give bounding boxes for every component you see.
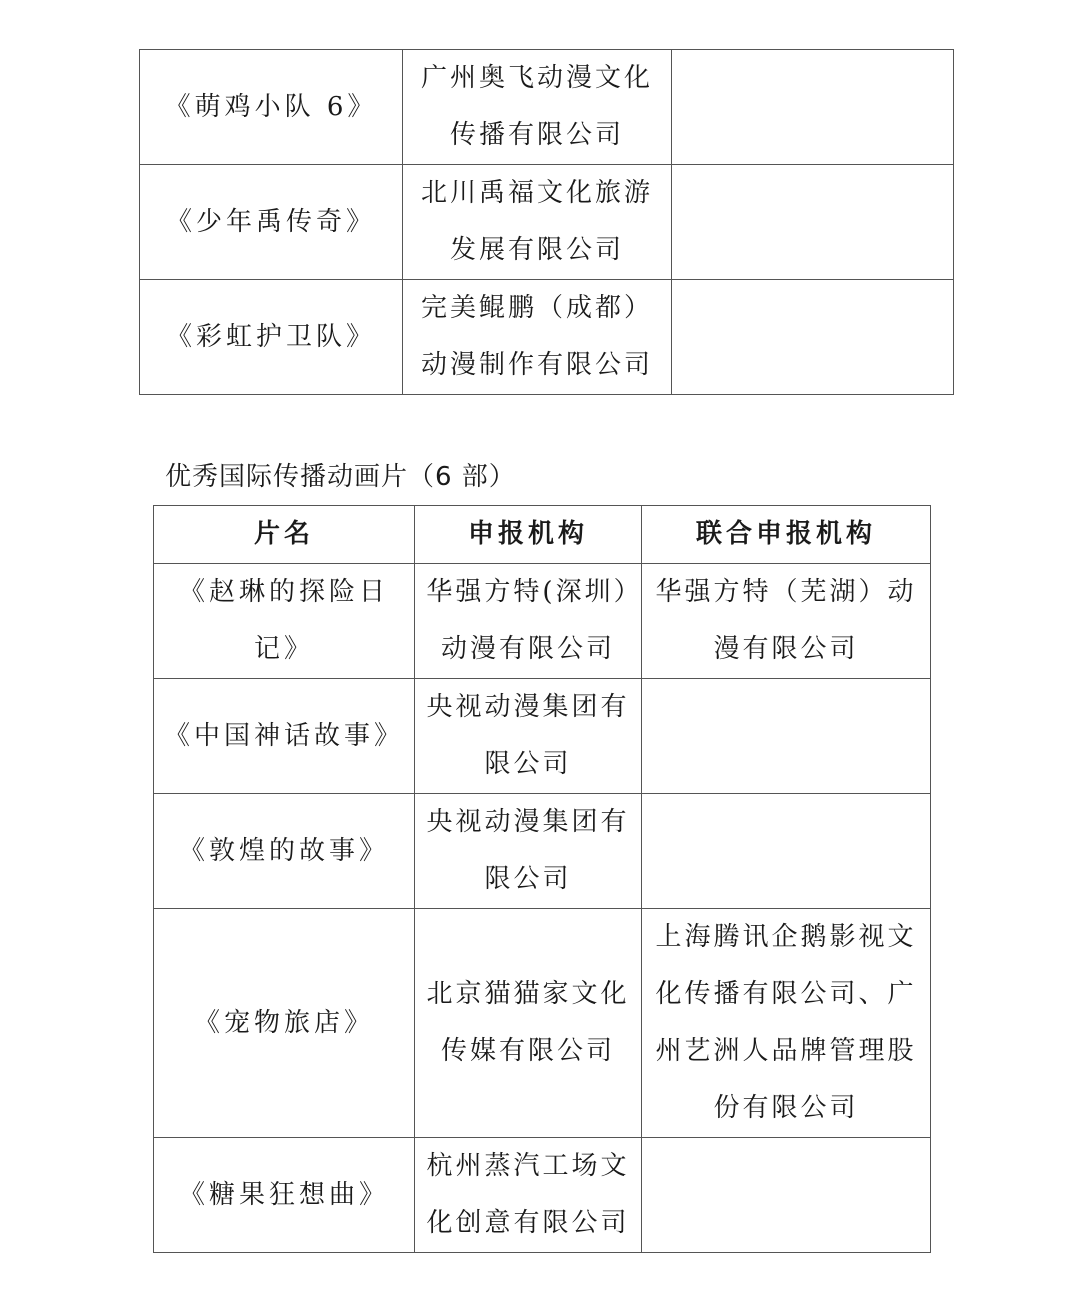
column-header-applicant: 申报机构 <box>415 506 642 564</box>
section-title: 优秀国际传播动画片（6 部） <box>165 459 516 495</box>
joint-applicant-cell <box>642 794 931 909</box>
film-title-cell: 《敦煌的故事》 <box>154 794 415 909</box>
joint-applicant-cell: 上海腾讯企鹅影视文化传播有限公司、广州艺洲人品牌管理股份有限公司 <box>642 909 931 1138</box>
applicant-cell: 央视动漫集团有限公司 <box>415 794 642 909</box>
applicant-cell: 北京猫猫家文化传媒有限公司 <box>415 909 642 1138</box>
joint-applicant-cell: 华强方特（芜湖）动漫有限公司 <box>642 564 931 679</box>
applicant-cell: 广州奥飞动漫文化传播有限公司 <box>403 50 672 165</box>
table-row: 《萌鸡小队 6》 广州奥飞动漫文化传播有限公司 <box>140 50 954 165</box>
table-row: 《少年禹传奇》 北川禹福文化旅游发展有限公司 <box>140 165 954 280</box>
film-title-cell: 《糖果狂想曲》 <box>154 1138 415 1253</box>
joint-applicant-cell <box>672 165 954 280</box>
applicant-cell: 杭州蒸汽工场文化创意有限公司 <box>415 1138 642 1253</box>
film-title-cell: 《中国神话故事》 <box>154 679 415 794</box>
applicant-cell: 华强方特(深圳）动漫有限公司 <box>415 564 642 679</box>
table-row: 《彩虹护卫队》 完美鲲鹏（成都）动漫制作有限公司 <box>140 280 954 395</box>
table-row: 《敦煌的故事》 央视动漫集团有限公司 <box>154 794 931 909</box>
column-header-joint-applicant: 联合申报机构 <box>642 506 931 564</box>
joint-applicant-cell <box>642 1138 931 1253</box>
film-title-cell: 《赵琳的探险日记》 <box>154 564 415 679</box>
applicant-cell: 完美鲲鹏（成都）动漫制作有限公司 <box>403 280 672 395</box>
table-row: 《中国神话故事》 央视动漫集团有限公司 <box>154 679 931 794</box>
table-header-row: 片名 申报机构 联合申报机构 <box>154 506 931 564</box>
international-award-table: 片名 申报机构 联合申报机构 《赵琳的探险日记》 华强方特(深圳）动漫有限公司 … <box>153 505 931 1253</box>
joint-applicant-cell <box>672 50 954 165</box>
film-title-cell: 《宠物旅店》 <box>154 909 415 1138</box>
table-row: 《宠物旅店》 北京猫猫家文化传媒有限公司 上海腾讯企鹅影视文化传播有限公司、广州… <box>154 909 931 1138</box>
column-header-title: 片名 <box>154 506 415 564</box>
applicant-cell: 央视动漫集团有限公司 <box>415 679 642 794</box>
table-row: 《糖果狂想曲》 杭州蒸汽工场文化创意有限公司 <box>154 1138 931 1253</box>
film-title-cell: 《萌鸡小队 6》 <box>140 50 403 165</box>
film-title-cell: 《少年禹传奇》 <box>140 165 403 280</box>
joint-applicant-cell <box>642 679 931 794</box>
table-row: 《赵琳的探险日记》 华强方特(深圳）动漫有限公司 华强方特（芜湖）动漫有限公司 <box>154 564 931 679</box>
joint-applicant-cell <box>672 280 954 395</box>
applicant-cell: 北川禹福文化旅游发展有限公司 <box>403 165 672 280</box>
award-table-continued: 《萌鸡小队 6》 广州奥飞动漫文化传播有限公司 《少年禹传奇》 北川禹福文化旅游… <box>139 49 954 395</box>
film-title-cell: 《彩虹护卫队》 <box>140 280 403 395</box>
